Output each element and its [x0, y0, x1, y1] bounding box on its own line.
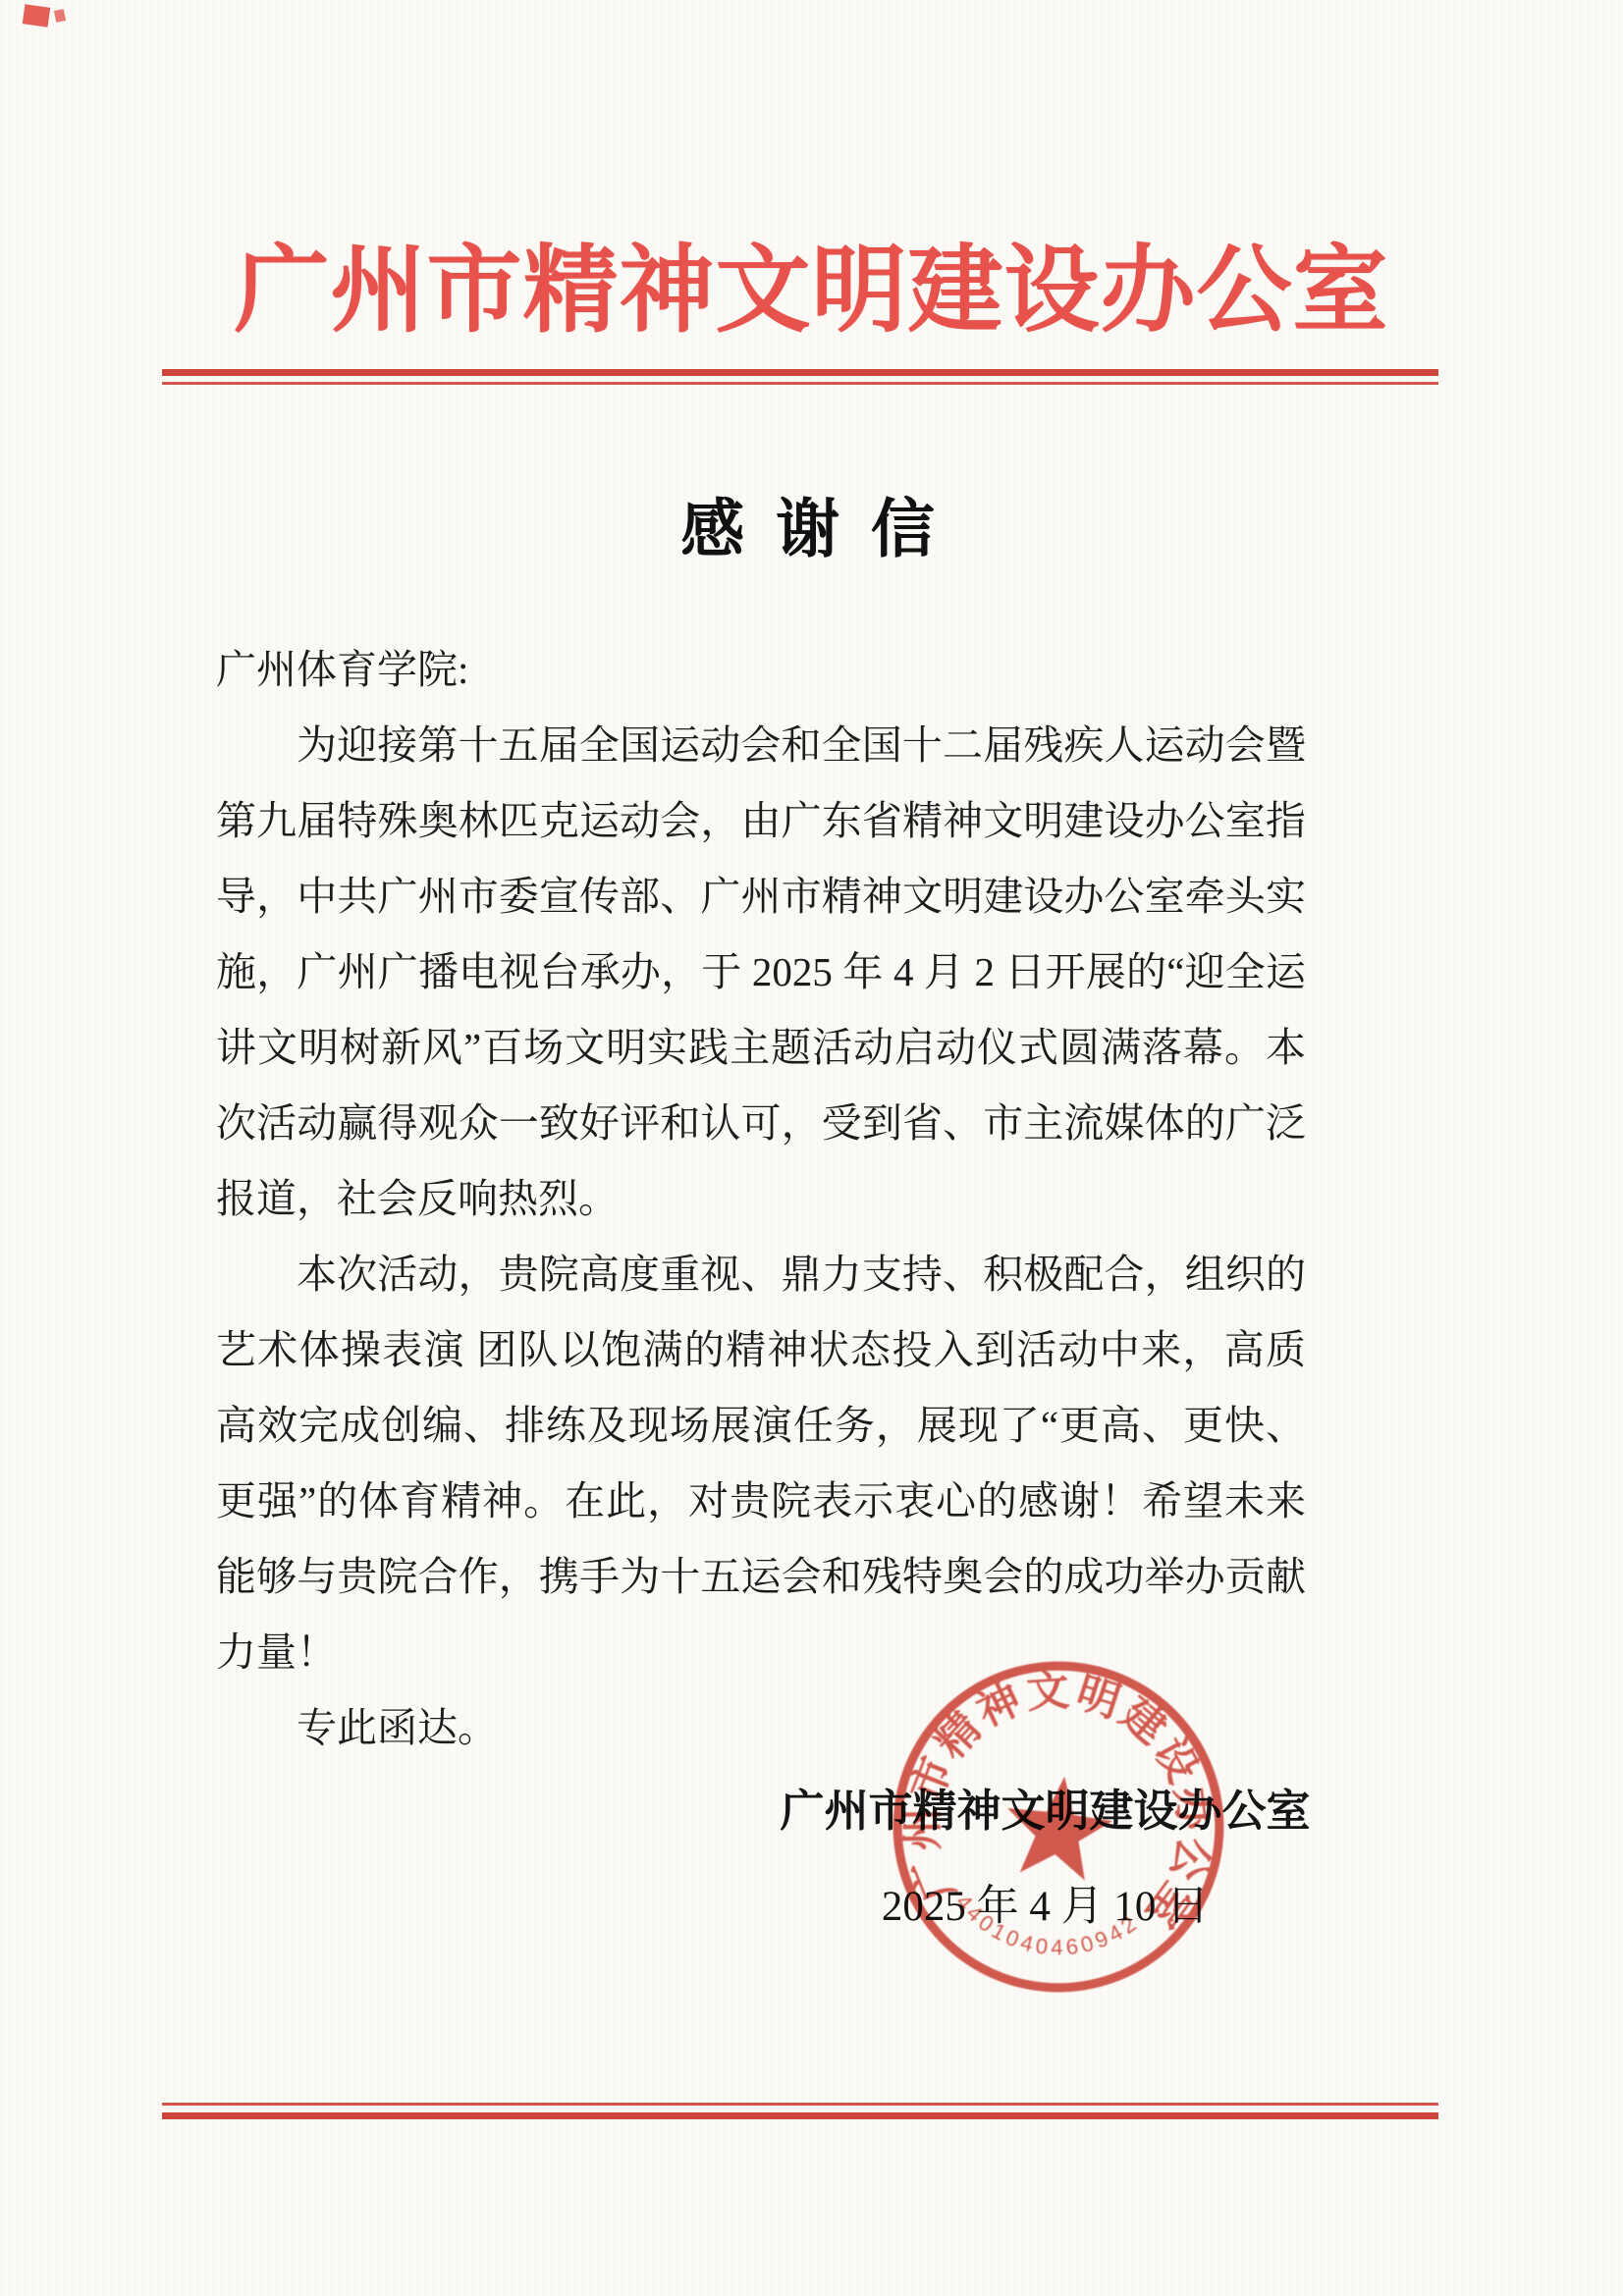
seal-serial-number: 4401040460942	[946, 1888, 1146, 1970]
official-seal-graphic: 广州市精神文明建设办公室 4401040460942	[865, 1633, 1253, 2021]
header-double-rule	[162, 369, 1438, 385]
rule-thin-line	[162, 382, 1438, 385]
salutation: 广州体育学院:	[216, 632, 1306, 708]
letterhead-title: 广州市精神文明建设办公室	[0, 241, 1623, 342]
rule-thick-line	[162, 2112, 1438, 2119]
svg-text:4401040460942: 4401040460942	[946, 1888, 1146, 1970]
footer-double-rule	[162, 2103, 1438, 2119]
scan-artifact-mark	[23, 4, 51, 27]
paragraph-1: 为迎接第十五届全国运动会和全国十二届残疾人运动会暨第九届特殊奥林匹克运动会，由广…	[216, 708, 1306, 1237]
official-seal: 广州市精神文明建设办公室 4401040460942	[865, 1633, 1253, 2021]
seal-star-icon	[1000, 1770, 1117, 1883]
letter-body: 广州体育学院: 为迎接第十五届全国运动会和全国十二届残疾人运动会暨第九届特殊奥林…	[216, 632, 1306, 1766]
paragraph-2: 本次活动，贵院高度重视、鼎力支持、积极配合，组织的艺术体操表演 团队以饱满的精神…	[216, 1237, 1306, 1690]
scan-artifact-mark	[54, 9, 66, 23]
letter-page: 广州市精神文明建设办公室 感 谢 信 广州体育学院: 为迎接第十五届全国运动会和…	[0, 0, 1623, 2296]
letter-title: 感 谢 信	[0, 477, 1623, 569]
rule-thin-line	[162, 2103, 1438, 2106]
rule-thick-line	[162, 369, 1438, 376]
